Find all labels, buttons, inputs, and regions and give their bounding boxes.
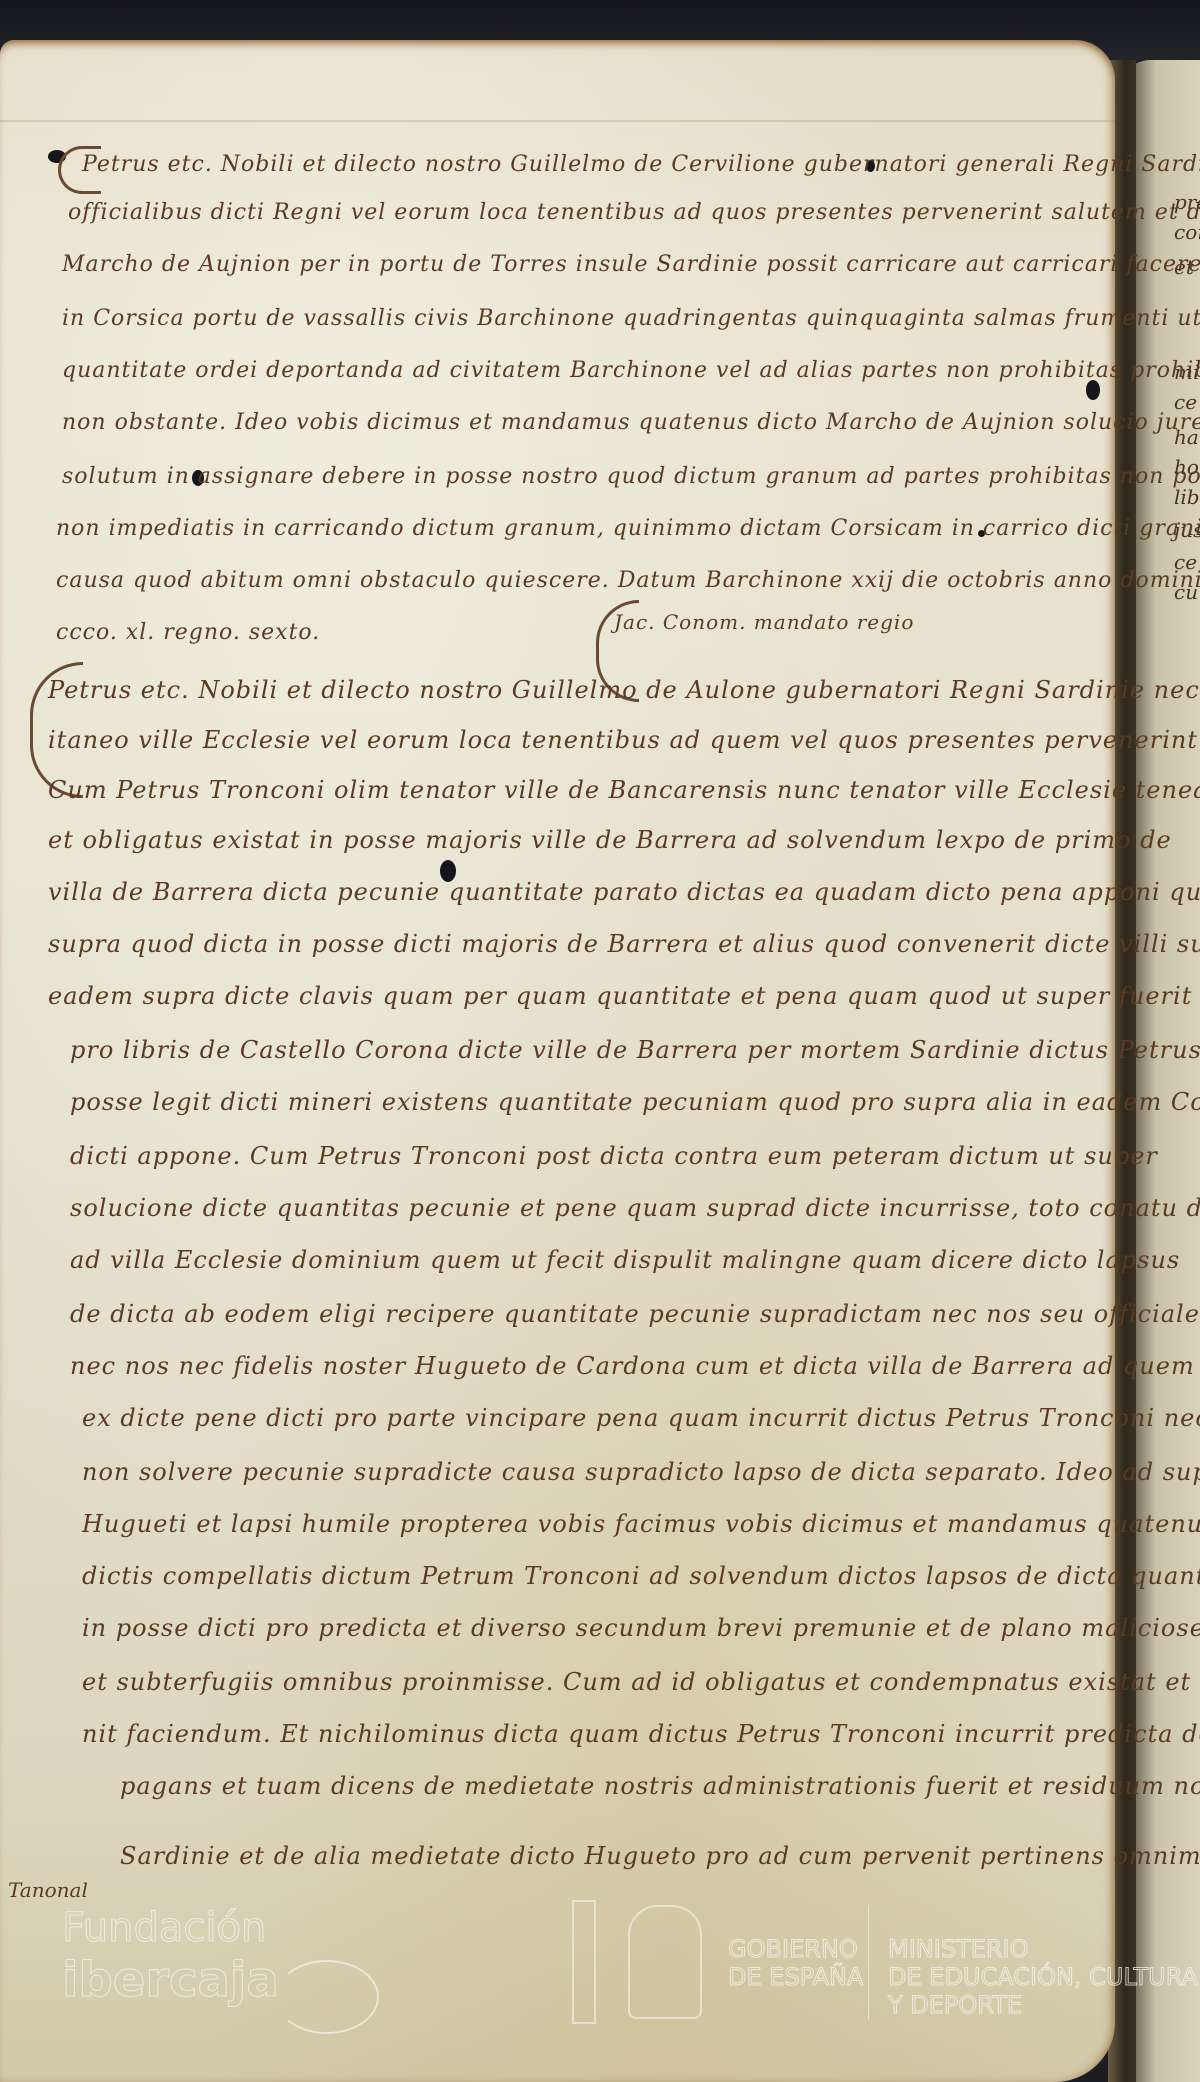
- government-watermark-line2: DE ESPAÑA: [728, 1963, 863, 1991]
- government-watermark-line1: GOBIERNO: [728, 1935, 858, 1963]
- text-line: villa de Barrera dicta pecunie quantitat…: [48, 878, 1200, 906]
- text-line: et subterfugiis omnibus proinmisse. Cum …: [82, 1668, 1200, 1696]
- text-line: non impediatis in carricando dictum gran…: [56, 516, 1200, 541]
- ministry-watermark-line1: MINISTERIO: [888, 1935, 1029, 1963]
- text-line: Hugueti et lapsi humile propterea vobis …: [82, 1510, 1200, 1538]
- text-line: dictis compellatis dictum Petrum Troncon…: [82, 1562, 1200, 1590]
- text-line: ex dicte pene dicti pro parte vincipare …: [82, 1404, 1200, 1432]
- text-line: in posse dicti pro predicta et diverso s…: [82, 1614, 1200, 1642]
- text-line: supra quod dicta in posse dicti majoris …: [48, 930, 1200, 958]
- manuscript-leaf: Petrus etc. Nobili et dilecto nostro Gui…: [0, 40, 1115, 2082]
- text-line: de dicta ab eodem eligi recipere quantit…: [70, 1300, 1200, 1328]
- text-line: Petrus etc. Nobili et dilecto nostro Gui…: [48, 676, 1200, 704]
- text-line: non solvere pecunie supradicte causa sup…: [82, 1458, 1200, 1486]
- ministry-watermark-line2: DE EDUCACIÓN, CULTURA: [888, 1963, 1198, 1991]
- ministry-watermark-line3: Y DEPORTE: [888, 1991, 1022, 2019]
- text-line: non obstante. Ideo vobis dicimus et mand…: [62, 410, 1200, 435]
- text-line: ad villa Ecclesie dominium quem ut fecit…: [70, 1246, 1180, 1274]
- text-line: itaneo ville Ecclesie vel eorum loca ten…: [48, 726, 1200, 754]
- margin-note: Tanonal: [8, 1878, 88, 1902]
- text-line: Sardinie et de alia medietate dicto Hugu…: [120, 1842, 1200, 1870]
- text-line: solutum in assignare debere in posse nos…: [62, 464, 1200, 489]
- binding-hole: [1086, 380, 1100, 400]
- text-line: pagans et tuam dicens de medietate nostr…: [120, 1772, 1200, 1800]
- ibercaja-watermark-line2: ibercaja: [62, 1952, 279, 2008]
- text-line: officialibus dicti Regni vel eorum loca …: [68, 200, 1200, 225]
- text-line: posse legit dicti mineri existens quanti…: [70, 1088, 1200, 1116]
- text-line: nit faciendum. Et nichilominus dicta qua…: [82, 1720, 1200, 1748]
- text-line: dicti appone. Cum Petrus Tronconi post d…: [70, 1142, 1158, 1170]
- text-line: et obligatus existat in posse majoris vi…: [48, 826, 1172, 854]
- text-line: Marcho de Aujnion per in portu de Torres…: [62, 252, 1200, 277]
- signoff-text: Jac. Conom. mandato regio: [614, 610, 914, 634]
- fold-line: [0, 120, 1115, 122]
- text-line: quantitate ordei deportanda ad civitatem…: [62, 358, 1200, 383]
- text-line: in Corsica portu de vassallis civis Barc…: [62, 306, 1200, 331]
- text-line: pro libris de Castello Corona dicte vill…: [70, 1036, 1200, 1064]
- coat-of-arms-icon: [628, 1905, 702, 2019]
- text-line: Cum Petrus Tronconi olim tenator ville d…: [48, 776, 1200, 804]
- watermark-divider: [868, 1905, 869, 2020]
- text-line: causa quod abitum omni obstaculo quiesce…: [56, 568, 1200, 593]
- text-line: nec nos nec fidelis noster Hugueto de Ca…: [70, 1352, 1195, 1380]
- text-line: solucione dicte quantitas pecunie et pen…: [70, 1194, 1200, 1222]
- ibercaja-watermark-line1: Fundación: [62, 1905, 266, 1951]
- eu-flag-icon: [572, 1900, 596, 2024]
- text-line: eadem supra dicte clavis quam per quam q…: [48, 982, 1200, 1010]
- ibercaja-logo-icon: [275, 1960, 379, 2034]
- text-line: Petrus etc. Nobili et dilecto nostro Gui…: [82, 152, 1200, 177]
- text-line: ccco. xl. regno. sexto.: [56, 620, 320, 645]
